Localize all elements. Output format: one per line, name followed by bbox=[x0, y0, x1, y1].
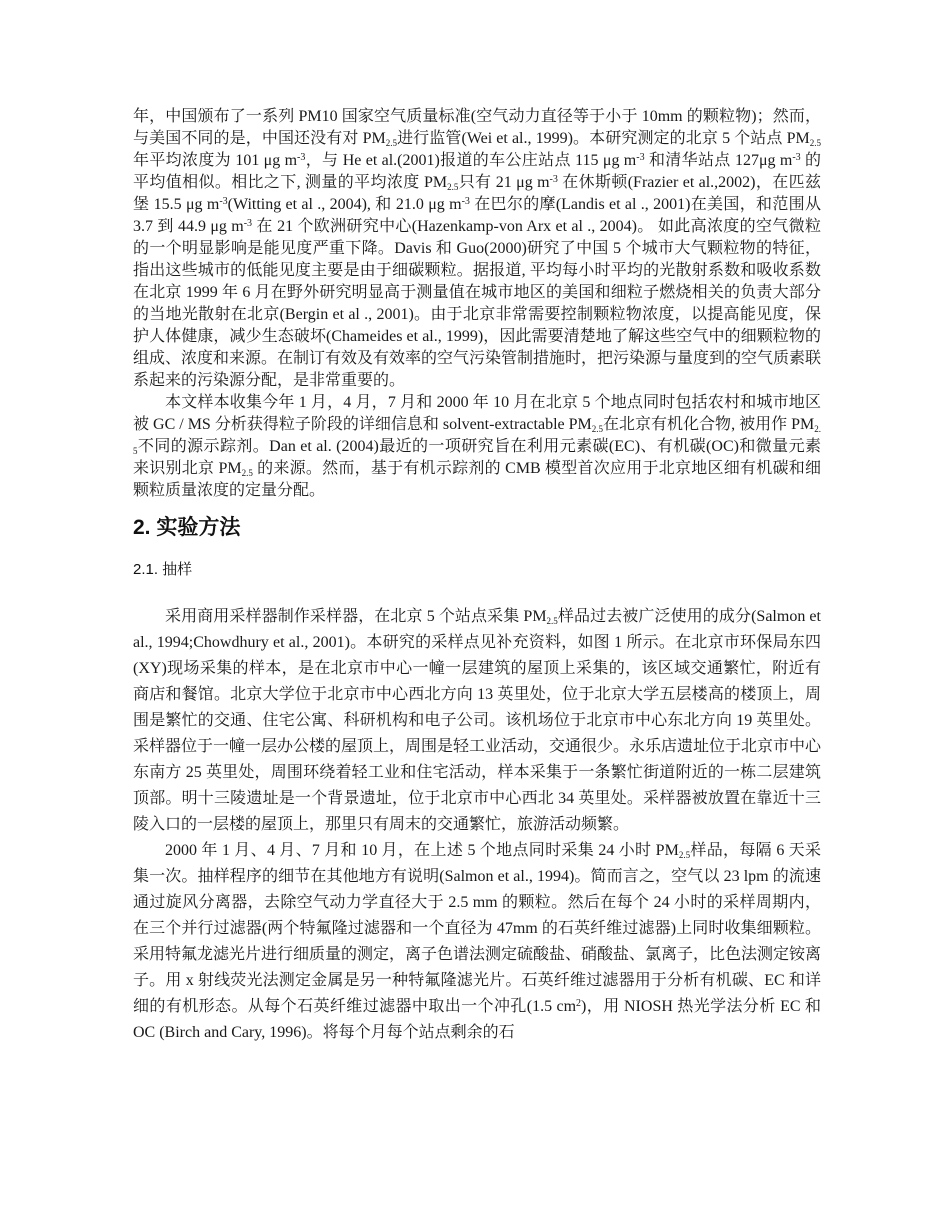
paragraph-sampling-sites: 采用商用采样器制作采样器，在北京 5 个站点采集 PM2.5样品过去被广泛使用的… bbox=[133, 604, 821, 838]
section-heading-experimental-methods: 2. 实验方法 bbox=[133, 514, 821, 542]
paragraph-study-introduction: 本文样本收集今年 1 月，4 月，7 月和 2000 年 10 月在北京 5 个… bbox=[133, 392, 821, 502]
document-page: 年，中国颁布了一系列 PM10 国家空气质量标准(空气动力直径等于小于 10mm… bbox=[133, 106, 821, 1046]
subsection-heading-sampling: 2.1. 抽样 bbox=[133, 560, 821, 580]
paragraph-sampling-procedure: 2000 年 1 月、4 月、7 月和 10 月，在上述 5 个地点同时采集 2… bbox=[133, 838, 821, 1046]
paragraph-pm-standards-and-concentrations: 年，中国颁布了一系列 PM10 国家空气质量标准(空气动力直径等于小于 10mm… bbox=[133, 106, 821, 392]
